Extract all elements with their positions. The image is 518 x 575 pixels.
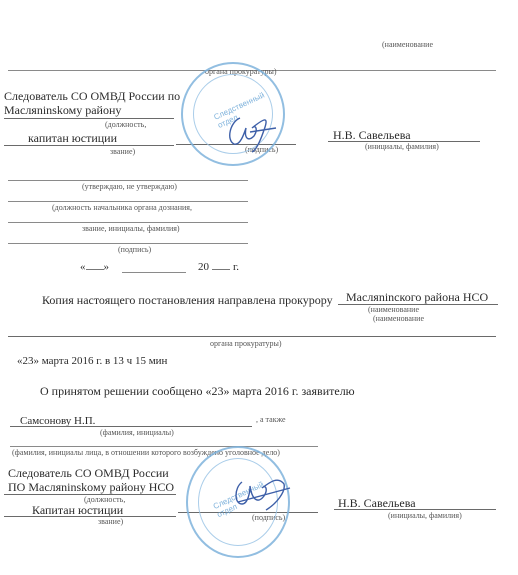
blank-line (8, 180, 248, 181)
blank-line (8, 201, 248, 202)
underline (10, 426, 252, 427)
blank-line (8, 243, 248, 244)
date-month-blank (122, 272, 186, 273)
caption-b: (наименование (373, 314, 424, 323)
name-caption: (инициалы, фамилия) (388, 511, 462, 520)
approval-caption-2: (должность начальника органа дознания, (52, 203, 192, 212)
name-caption: (инициалы, фамилия) (365, 142, 439, 151)
applicant-caption: (фамилия, инициалы) (100, 428, 174, 437)
underline (10, 446, 318, 447)
approval-caption-3: звание, инициалы, фамилия) (82, 224, 180, 233)
date-year-field: 20г. (198, 261, 239, 273)
also-text: , а также (256, 415, 286, 424)
date-day-field: «» (80, 261, 109, 273)
approval-caption-4: (подпись) (118, 245, 151, 254)
prosecutor-recipient: Масляninского района НСО (346, 290, 488, 305)
caption-organ: органа прокуратуры) (210, 339, 282, 348)
approval-caption-1: (утверждаю, не утверждаю) (82, 182, 177, 191)
position-line-1: Следователь СО ОМВД России (8, 466, 169, 481)
underline (4, 145, 174, 146)
rank: капитан юстиции (28, 131, 117, 146)
rank-caption: звание) (110, 147, 135, 156)
position-line-2: ПО Масляninskому району НСО (8, 480, 174, 495)
signature-icon (228, 474, 294, 514)
timestamp: «23» марта 2016 г. в 13 ч 15 мин (17, 355, 167, 367)
caption-naimenovanie: (наименование (382, 40, 433, 49)
position-line-1: Следователь СО ОМВД России по (4, 89, 180, 104)
signature-icon (222, 110, 282, 155)
blank-line (8, 222, 248, 223)
caption-a: (наименование (368, 305, 419, 314)
position-line-2: Масляninskому району (4, 103, 121, 118)
copy-notice-text: Копия настоящего постановления направлен… (42, 293, 333, 308)
position-caption: (должность, (105, 120, 146, 129)
divider-line (8, 336, 496, 337)
decision-notice-text: О принятом решении сообщено «23» марта 2… (40, 384, 355, 399)
underline (4, 118, 174, 119)
underline (334, 509, 496, 510)
rank-caption: звание) (98, 517, 123, 526)
underline (4, 516, 176, 517)
